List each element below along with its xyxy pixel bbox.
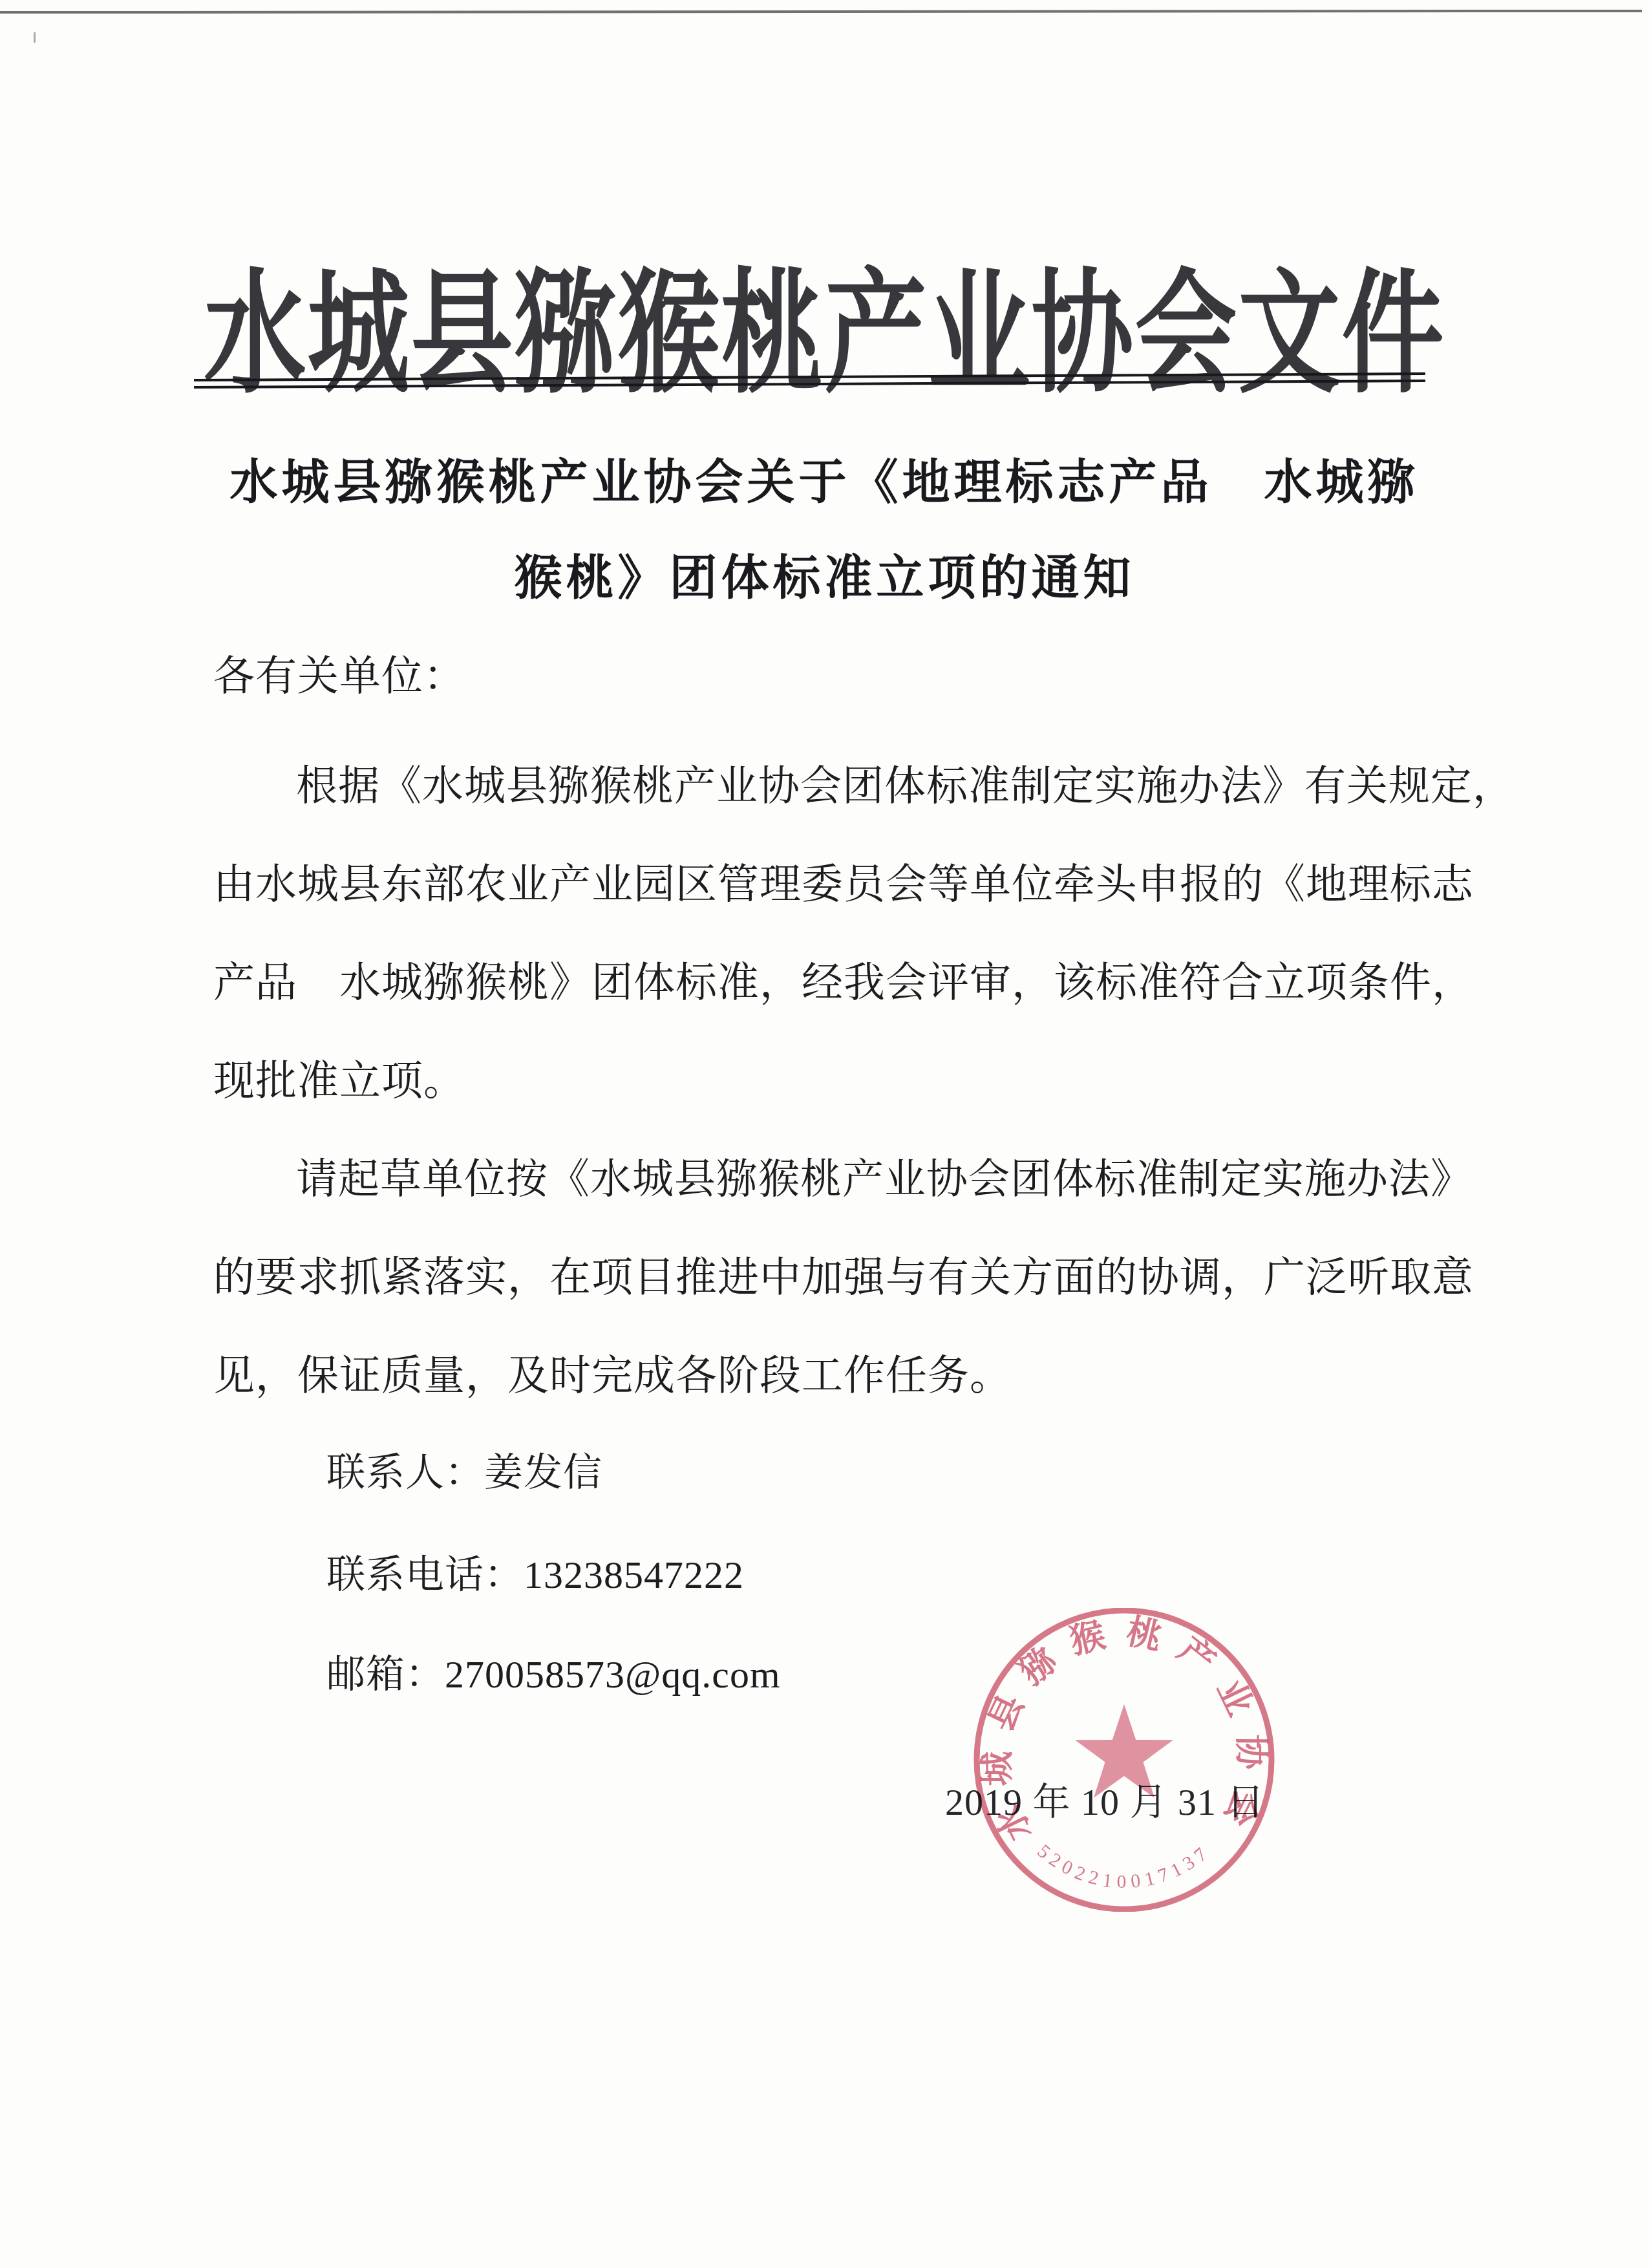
seal-serial-number: 5202210017137 bbox=[1033, 1840, 1215, 1892]
salutation: 各有关单位： bbox=[213, 643, 465, 702]
text-line: 现批准立项。 bbox=[213, 1032, 1442, 1130]
letterhead-title: 水城县猕猴桃产业协会文件 bbox=[0, 228, 1649, 418]
text-line: 请起草单位按《水城县猕猴桃产业协会团体标准制定实施办法》 bbox=[213, 1130, 1442, 1228]
document-title-line-1: 水城县猕猴桃产业协会关于《地理标志产品 水城猕 bbox=[0, 434, 1649, 530]
scan-artifact-top-edge bbox=[0, 10, 1642, 14]
text-line: 根据《水城县猕猴桃产业协会团体标准制定实施办法》有关规定， bbox=[213, 737, 1442, 835]
text-line: 由水城县东部农业产业园区管理委员会等单位牵头申报的《地理标志 bbox=[213, 835, 1442, 934]
scanned-document-page: 水城县猕猴桃产业协会文件 水城县猕猴桃产业协会关于《地理标志产品 水城猕 猴桃》… bbox=[0, 0, 1649, 2268]
text-line: 的要求抓紧落实，在项目推进中加强与有关方面的协调，广泛听取意 bbox=[213, 1228, 1442, 1327]
text-line: 见，保证质量，及时完成各阶段工作任务。 bbox=[213, 1327, 1442, 1425]
document-title: 水城县猕猴桃产业协会关于《地理标志产品 水城猕 猴桃》团体标准立项的通知 bbox=[0, 434, 1649, 626]
body-paragraph-2: 请起草单位按《水城县猕猴桃产业协会团体标准制定实施办法》的要求抓紧落实，在项目推… bbox=[213, 1130, 1442, 1425]
document-title-line-2: 猴桃》团体标准立项的通知 bbox=[0, 530, 1649, 626]
contact-email-line: 邮箱：270058573@qq.com bbox=[326, 1643, 781, 1699]
contact-person-line: 联系人：姜发信 bbox=[326, 1442, 602, 1497]
star-icon bbox=[1075, 1704, 1173, 1798]
text-line: 产品 水城猕猴桃》团体标准，经我会评审，该标准符合立项条件， bbox=[213, 934, 1442, 1032]
official-seal: 水城县猕猴桃产业协会 5202210017137 bbox=[972, 1608, 1276, 1912]
body-paragraph-1: 根据《水城县猕猴桃产业协会团体标准制定实施办法》有关规定，由水城县东部农业产业园… bbox=[213, 737, 1442, 1130]
svg-text:5202210017137: 5202210017137 bbox=[1033, 1840, 1215, 1892]
contact-phone-line: 联系电话：13238547222 bbox=[326, 1544, 744, 1599]
scan-artifact-tick bbox=[34, 32, 36, 43]
